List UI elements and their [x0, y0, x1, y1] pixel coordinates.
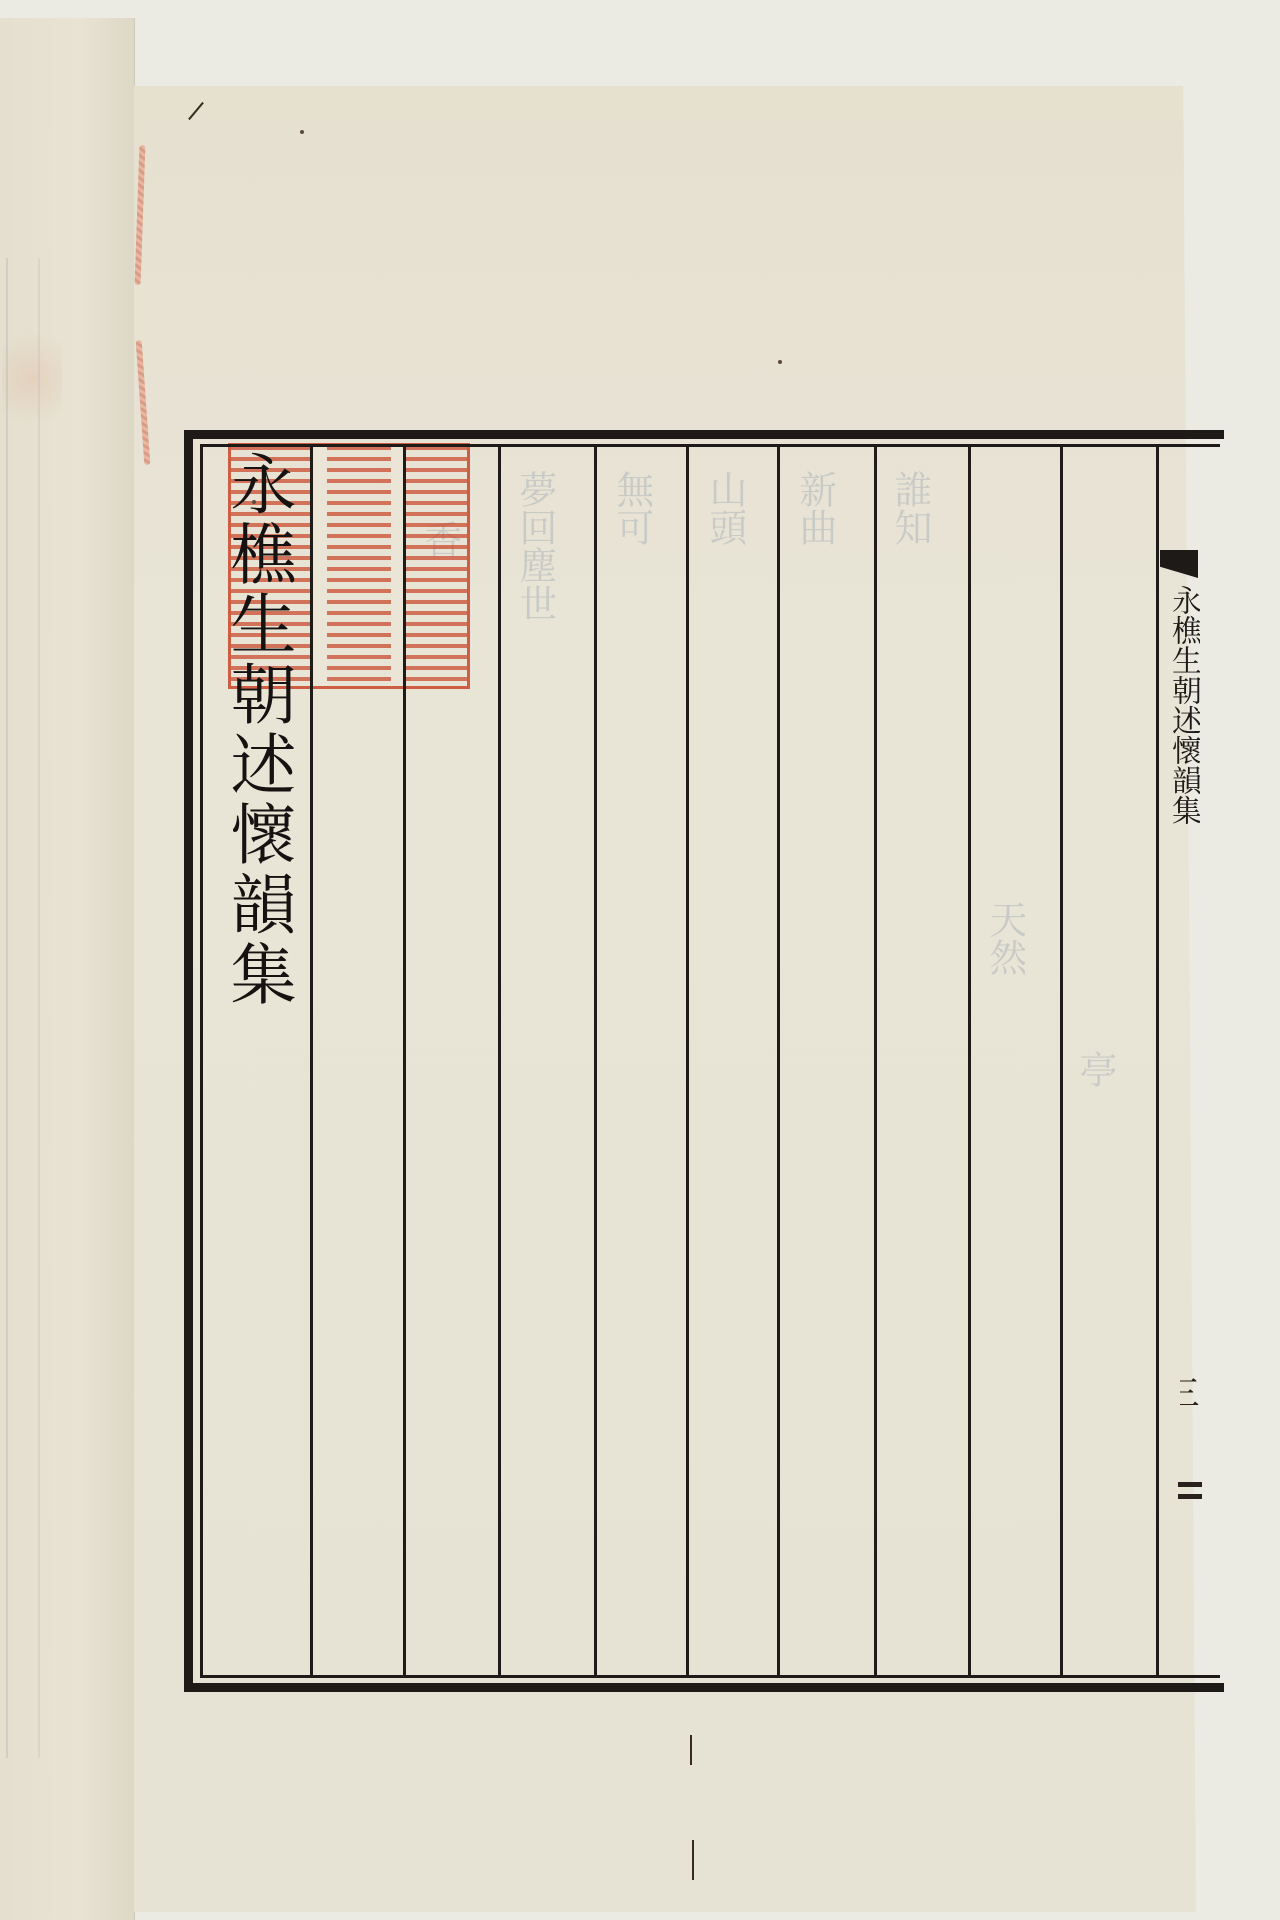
- paper-speck: [252, 500, 256, 504]
- fold-margin-title: 永樵生朝述懷韻集: [1166, 585, 1200, 945]
- column-rule: [310, 447, 313, 1678]
- column-rule: [1060, 447, 1063, 1678]
- printed-frame-inner: [200, 444, 1220, 1678]
- column-rule: [498, 447, 501, 1678]
- column-rule: [594, 447, 597, 1678]
- left-page: [0, 18, 135, 1920]
- paper-mark: [692, 1840, 694, 1880]
- left-page-bleed-rules: [6, 258, 40, 1758]
- column-rule: [1156, 447, 1159, 1678]
- column-rule: [686, 447, 689, 1678]
- left-page-stain: [2, 318, 62, 438]
- paper-speck: [778, 360, 782, 364]
- column-rule: [777, 447, 780, 1678]
- paper-speck: [300, 130, 304, 134]
- column-rule: [874, 447, 877, 1678]
- book-title: 永樵生朝述懷韻集: [212, 450, 302, 1010]
- fold-margin-line: [1178, 1494, 1202, 1499]
- fold-margin-line: [1178, 1482, 1202, 1487]
- page-number: 三: [1180, 1375, 1204, 1409]
- paper-mark: [690, 1735, 692, 1765]
- column-rule: [968, 447, 971, 1678]
- column-rule: [403, 447, 406, 1678]
